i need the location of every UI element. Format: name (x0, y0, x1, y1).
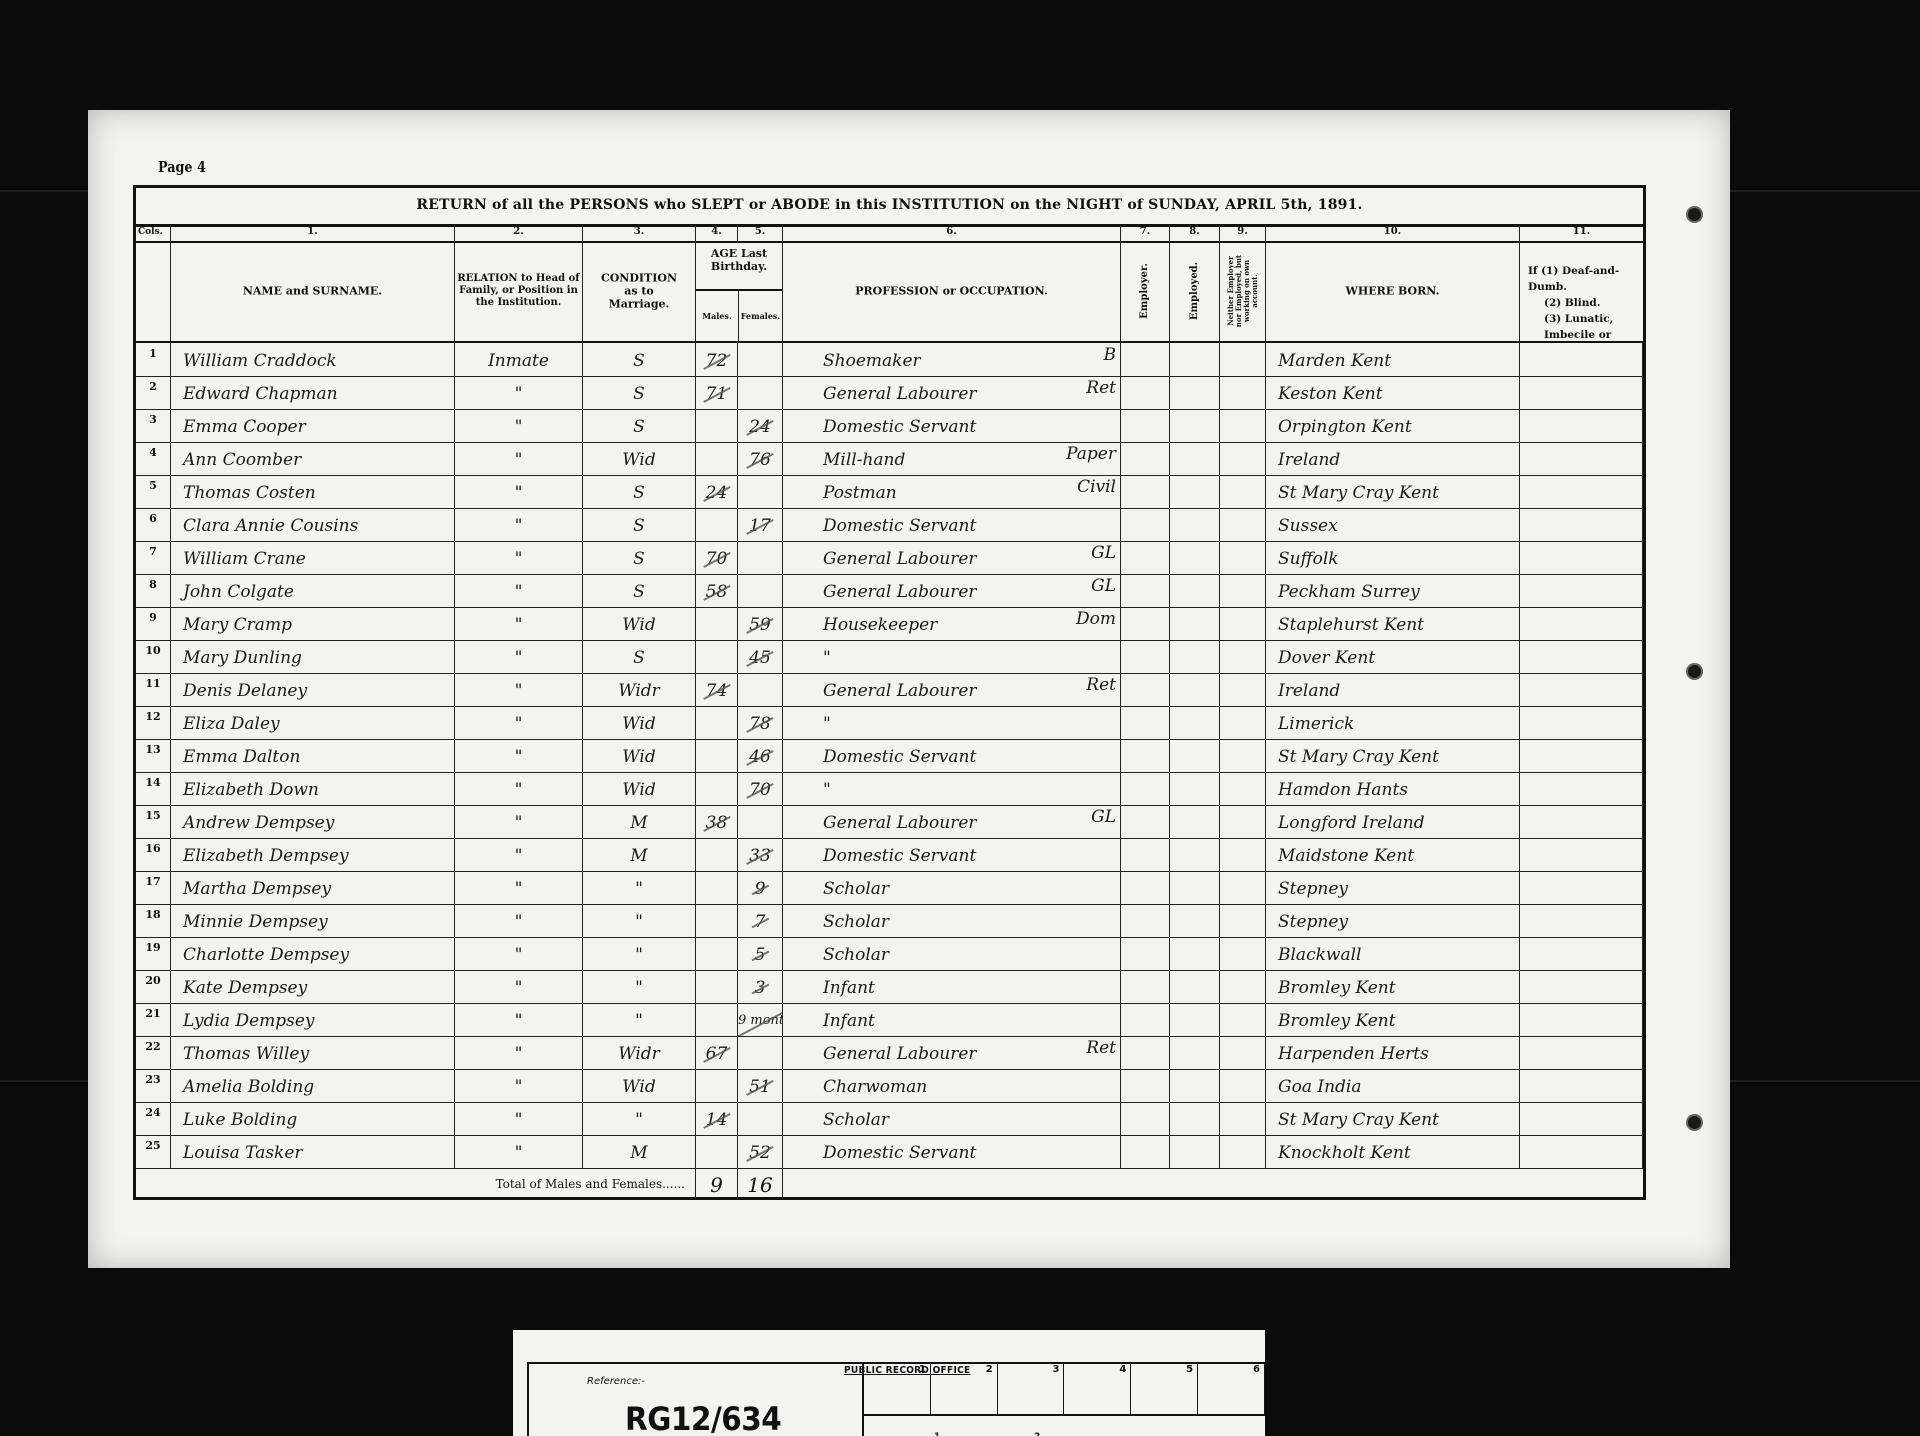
female-age-cell: 9 (738, 871, 783, 904)
row-number: 4 (136, 442, 171, 475)
scale-ruler-lower: 12 (862, 1416, 1265, 1436)
neither-cell (1220, 805, 1266, 838)
neither-cell (1220, 607, 1266, 640)
name-cell: Minnie Dempsey (171, 904, 455, 937)
female-age-cell: 70 (738, 772, 783, 805)
column-number: 8. (1170, 224, 1220, 241)
occupation-note: Paper (1066, 442, 1116, 472)
row-number: 5 (136, 475, 171, 508)
occupation-cell: " (783, 640, 1121, 673)
header-age: AGE Last Birthday. Males. Females. (696, 241, 783, 341)
name-cell: Emma Dalton (171, 739, 455, 772)
relation-cell: Inmate (455, 343, 583, 376)
employer-cell (1121, 376, 1170, 409)
employed-cell (1170, 1069, 1220, 1102)
employer-cell (1121, 805, 1170, 838)
occupation-cell: Scholar (783, 871, 1121, 904)
header-infirmity: If (1) Deaf-and-Dumb. (2) Blind. (3) Lun… (1520, 241, 1643, 341)
where-born-cell: Goa India (1266, 1069, 1520, 1102)
table-row: 11Denis Delaney"Widr74General LabourerRe… (136, 673, 1643, 707)
relation-cell: " (455, 1069, 583, 1102)
column-number: 2. (455, 224, 583, 241)
relation-cell: " (455, 673, 583, 706)
neither-cell (1220, 442, 1266, 475)
header-occupation: PROFESSION or OCCUPATION. (783, 241, 1121, 341)
relation-cell: " (455, 376, 583, 409)
employer-cell (1121, 838, 1170, 871)
row-number: 15 (136, 805, 171, 838)
female-age-cell: 59 (738, 607, 783, 640)
employed-cell (1170, 1102, 1220, 1135)
female-age-cell: 5 (738, 937, 783, 970)
occupation-cell: PostmanCivil (783, 475, 1121, 508)
infirmity-cell (1520, 541, 1643, 574)
employer-cell (1121, 739, 1170, 772)
male-age-cell (696, 508, 738, 541)
row-number: 13 (136, 739, 171, 772)
occupation-cell: General LabourerRet (783, 673, 1121, 706)
where-born-cell: Sussex (1266, 508, 1520, 541)
name-cell: Elizabeth Down (171, 772, 455, 805)
female-age-cell: 9 month (738, 1003, 783, 1036)
row-number: 14 (136, 772, 171, 805)
name-cell: Mary Cramp (171, 607, 455, 640)
row-number: 21 (136, 1003, 171, 1036)
relation-cell: " (455, 772, 583, 805)
employer-cell (1121, 970, 1170, 1003)
name-cell: Clara Annie Cousins (171, 508, 455, 541)
male-age-cell (696, 970, 738, 1003)
condition-cell: Wid (583, 1069, 696, 1102)
female-age-cell: 24 (738, 409, 783, 442)
female-age-cell (738, 343, 783, 376)
table-row: 2Edward Chapman"S71General LabourerRetKe… (136, 376, 1643, 410)
employed-cell (1170, 541, 1220, 574)
punch-hole-icon (1686, 1114, 1703, 1131)
employed-cell (1170, 508, 1220, 541)
column-number: 10. (1266, 224, 1520, 241)
occupation-cell: Domestic Servant (783, 838, 1121, 871)
table-row: 4Ann Coomber"Wid76Mill-handPaperIreland (136, 442, 1643, 476)
ruler-mark: 1 (864, 1364, 931, 1414)
name-cell: Emma Cooper (171, 409, 455, 442)
condition-cell: Widr (583, 673, 696, 706)
male-age-cell: 67 (696, 1036, 738, 1069)
census-table: RETURN of all the PERSONS who SLEPT or A… (133, 185, 1646, 1200)
header-relation: RELATION to Head of Family, or Position … (455, 241, 583, 341)
condition-cell: M (583, 838, 696, 871)
employed-cell (1170, 739, 1220, 772)
row-number: 11 (136, 673, 171, 706)
condition-cell: S (583, 343, 696, 376)
female-age-cell (738, 673, 783, 706)
male-age-cell: 38 (696, 805, 738, 838)
where-born-cell: Ireland (1266, 442, 1520, 475)
row-number: 17 (136, 871, 171, 904)
employed-cell (1170, 475, 1220, 508)
reference-label: Reference:- (587, 1376, 645, 1387)
column-number: 6. (783, 224, 1121, 241)
condition-cell: S (583, 409, 696, 442)
infirmity-cell (1520, 970, 1643, 1003)
header-neither: Neither Employer nor Employed, but worki… (1220, 241, 1266, 341)
relation-cell: " (455, 1036, 583, 1069)
female-age-cell: 51 (738, 1069, 783, 1102)
name-cell: Martha Dempsey (171, 871, 455, 904)
infirmity-cell (1520, 772, 1643, 805)
row-number: 1 (136, 343, 171, 376)
ruler-mark: 2 (931, 1364, 998, 1414)
table-row: 5Thomas Costen"S24PostmanCivilSt Mary Cr… (136, 475, 1643, 509)
occupation-cell: Charwoman (783, 1069, 1121, 1102)
punch-hole-icon (1686, 663, 1703, 680)
occupation-cell: " (783, 706, 1121, 739)
infirmity-cell (1520, 640, 1643, 673)
female-age-cell (738, 475, 783, 508)
ruler-mark: 1 (934, 1432, 940, 1436)
employed-cell (1170, 1036, 1220, 1069)
infirmity-cell (1520, 409, 1643, 442)
relation-cell: " (455, 871, 583, 904)
neither-cell (1220, 871, 1266, 904)
where-born-cell: Blackwall (1266, 937, 1520, 970)
where-born-cell: Orpington Kent (1266, 409, 1520, 442)
employer-cell (1121, 409, 1170, 442)
occupation-cell: ShoemakerB (783, 343, 1121, 376)
name-cell: Mary Dunling (171, 640, 455, 673)
relation-cell: " (455, 442, 583, 475)
column-number: 5. (738, 224, 783, 241)
female-age-cell (738, 574, 783, 607)
infirmity-cell (1520, 673, 1643, 706)
occupation-cell: General LabourerRet (783, 376, 1121, 409)
neither-cell (1220, 409, 1266, 442)
male-age-cell (696, 442, 738, 475)
male-age-cell (696, 739, 738, 772)
where-born-cell: St Mary Cray Kent (1266, 739, 1520, 772)
total-males: 9 (696, 1168, 738, 1200)
table-row: 23Amelia Bolding"Wid51CharwomanGoa India (136, 1069, 1643, 1103)
neither-cell (1220, 739, 1266, 772)
female-age-cell (738, 1036, 783, 1069)
table-title: RETURN of all the PERSONS who SLEPT or A… (136, 188, 1643, 227)
neither-cell (1220, 343, 1266, 376)
row-number: 12 (136, 706, 171, 739)
infirmity-cell (1520, 442, 1643, 475)
column-number: 4. (696, 224, 738, 241)
employed-cell (1170, 805, 1220, 838)
employer-cell (1121, 673, 1170, 706)
employer-cell (1121, 1102, 1170, 1135)
employed-cell (1170, 673, 1220, 706)
employed-cell (1170, 343, 1220, 376)
where-born-cell: Keston Kent (1266, 376, 1520, 409)
occupation-cell: General LabourerGL (783, 805, 1121, 838)
relation-cell: " (455, 508, 583, 541)
employer-cell (1121, 343, 1170, 376)
where-born-cell: Staplehurst Kent (1266, 607, 1520, 640)
table-row: 8John Colgate"S58General LabourerGLPeckh… (136, 574, 1643, 608)
relation-cell: " (455, 1135, 583, 1168)
where-born-cell: Peckham Surrey (1266, 574, 1520, 607)
neither-cell (1220, 1135, 1266, 1168)
female-age-cell: 78 (738, 706, 783, 739)
occupation-note: Ret (1086, 376, 1116, 406)
where-born-cell: Ireland (1266, 673, 1520, 706)
row-number: 19 (136, 937, 171, 970)
where-born-cell: Hamdon Hants (1266, 772, 1520, 805)
relation-cell: " (455, 475, 583, 508)
female-age-cell (738, 541, 783, 574)
name-cell: Ann Coomber (171, 442, 455, 475)
occupation-note: Dom (1076, 607, 1116, 637)
scale-ruler: 123456 (862, 1364, 1265, 1416)
name-cell: Thomas Willey (171, 1036, 455, 1069)
relation-cell: " (455, 607, 583, 640)
where-born-cell: St Mary Cray Kent (1266, 1102, 1520, 1135)
condition-cell: S (583, 508, 696, 541)
employer-cell (1121, 541, 1170, 574)
neither-cell (1220, 475, 1266, 508)
male-age-cell: 14 (696, 1102, 738, 1135)
male-age-cell: 70 (696, 541, 738, 574)
occupation-cell: HousekeeperDom (783, 607, 1121, 640)
male-age-cell (696, 1069, 738, 1102)
column-number: 11. (1520, 224, 1643, 241)
condition-cell: Wid (583, 706, 696, 739)
male-age-cell (696, 871, 738, 904)
name-cell: Luke Bolding (171, 1102, 455, 1135)
neither-cell (1220, 1003, 1266, 1036)
row-number: 3 (136, 409, 171, 442)
ruler-mark: 2 (1034, 1432, 1040, 1436)
relation-cell: " (455, 640, 583, 673)
condition-cell: " (583, 871, 696, 904)
relation-cell: " (455, 409, 583, 442)
row-number: 20 (136, 970, 171, 1003)
condition-cell: M (583, 805, 696, 838)
employer-cell (1121, 640, 1170, 673)
column-number: 3. (583, 224, 696, 241)
row-number: 8 (136, 574, 171, 607)
column-number: 7. (1121, 224, 1170, 241)
name-cell: Lydia Dempsey (171, 1003, 455, 1036)
infirmity-cell (1520, 574, 1643, 607)
male-age-cell (696, 409, 738, 442)
row-number: 23 (136, 1069, 171, 1102)
where-born-cell: Bromley Kent (1266, 970, 1520, 1003)
condition-cell: S (583, 640, 696, 673)
where-born-cell: Knockholt Kent (1266, 1135, 1520, 1168)
male-age-cell (696, 772, 738, 805)
employer-cell (1121, 607, 1170, 640)
female-age-cell: 3 (738, 970, 783, 1003)
employer-cell (1121, 706, 1170, 739)
totals-label: Total of Males and Females...... (496, 1168, 685, 1200)
employed-cell (1170, 970, 1220, 1003)
table-row: 7William Crane"S70General LabourerGLSuff… (136, 541, 1643, 575)
condition-cell: Wid (583, 739, 696, 772)
header-where-born: WHERE BORN. (1266, 241, 1520, 341)
name-cell: Thomas Costen (171, 475, 455, 508)
infirmity-cell (1520, 871, 1643, 904)
relation-cell: " (455, 1102, 583, 1135)
female-age-cell: 52 (738, 1135, 783, 1168)
female-age-cell: 76 (738, 442, 783, 475)
neither-cell (1220, 772, 1266, 805)
neither-cell (1220, 970, 1266, 1003)
employed-cell (1170, 640, 1220, 673)
occupation-cell: Infant (783, 970, 1121, 1003)
occupation-cell: Infant (783, 1003, 1121, 1036)
column-number: 9. (1220, 224, 1266, 241)
row-number: 9 (136, 607, 171, 640)
neither-cell (1220, 706, 1266, 739)
occupation-note: GL (1091, 541, 1116, 571)
condition-cell: " (583, 970, 696, 1003)
where-born-cell: Suffolk (1266, 541, 1520, 574)
name-cell: Louisa Tasker (171, 1135, 455, 1168)
table-row: 1William CraddockInmateS72ShoemakerBMard… (136, 343, 1643, 377)
employed-cell (1170, 871, 1220, 904)
male-age-cell: 58 (696, 574, 738, 607)
employer-cell (1121, 1069, 1170, 1102)
where-born-cell: Marden Kent (1266, 343, 1520, 376)
occupation-cell: General LabourerGL (783, 541, 1121, 574)
name-cell: William Crane (171, 541, 455, 574)
relation-cell: " (455, 541, 583, 574)
condition-cell: S (583, 541, 696, 574)
male-age-cell (696, 904, 738, 937)
relation-cell: " (455, 937, 583, 970)
male-age-cell (696, 937, 738, 970)
where-born-cell: Stepney (1266, 871, 1520, 904)
occupation-note: GL (1091, 805, 1116, 835)
male-age-cell: 72 (696, 343, 738, 376)
employed-cell (1170, 838, 1220, 871)
census-page: Page 4 RETURN of all the PERSONS who SLE… (88, 110, 1730, 1268)
female-age-cell (738, 1102, 783, 1135)
table-row: 17Martha Dempsey""9ScholarStepney (136, 871, 1643, 905)
female-age-cell: 46 (738, 739, 783, 772)
occupation-cell: General LabourerGL (783, 574, 1121, 607)
employer-cell (1121, 1135, 1170, 1168)
header-condition: CONDITION as to Marriage. (583, 241, 696, 341)
occupation-cell: Domestic Servant (783, 409, 1121, 442)
neither-cell (1220, 673, 1266, 706)
name-cell: William Craddock (171, 343, 455, 376)
total-females: 16 (738, 1168, 783, 1200)
row-number: 6 (136, 508, 171, 541)
employed-cell (1170, 409, 1220, 442)
name-cell: Elizabeth Dempsey (171, 838, 455, 871)
employed-cell (1170, 1003, 1220, 1036)
totals-row: Total of Males and Females...... 9 16 (136, 1168, 1643, 1200)
header-males: Males. (696, 291, 739, 341)
condition-cell: S (583, 475, 696, 508)
neither-cell (1220, 1102, 1266, 1135)
male-age-cell (696, 607, 738, 640)
condition-cell: Wid (583, 607, 696, 640)
name-cell: Eliza Daley (171, 706, 455, 739)
reference-code: RG12/634 (625, 1400, 781, 1436)
where-born-cell: Limerick (1266, 706, 1520, 739)
employed-cell (1170, 1135, 1220, 1168)
male-age-cell (696, 640, 738, 673)
row-number: 18 (136, 904, 171, 937)
header-females: Females. (739, 291, 782, 341)
neither-cell (1220, 904, 1266, 937)
name-cell: Charlotte Dempsey (171, 937, 455, 970)
neither-cell (1220, 574, 1266, 607)
employer-cell (1121, 1003, 1170, 1036)
condition-cell: " (583, 937, 696, 970)
row-number: 2 (136, 376, 171, 409)
occupation-cell: " (783, 772, 1121, 805)
infirmity-cell (1520, 343, 1643, 376)
ruler-mark: 6 (1198, 1364, 1265, 1414)
employed-cell (1170, 772, 1220, 805)
male-age-cell (696, 1135, 738, 1168)
name-cell: Denis Delaney (171, 673, 455, 706)
relation-cell: " (455, 838, 583, 871)
column-number: 1. (171, 224, 455, 241)
employer-cell (1121, 442, 1170, 475)
name-cell: Amelia Bolding (171, 1069, 455, 1102)
occupation-note: Ret (1086, 1036, 1116, 1066)
header-cols (136, 241, 171, 341)
where-born-cell: Maidstone Kent (1266, 838, 1520, 871)
female-age-cell (738, 805, 783, 838)
where-born-cell: St Mary Cray Kent (1266, 475, 1520, 508)
infirmity-cell (1520, 904, 1643, 937)
occupation-cell: Domestic Servant (783, 1135, 1121, 1168)
punch-hole-icon (1686, 206, 1703, 223)
ruler-mark: 3 (998, 1364, 1065, 1414)
male-age-cell: 74 (696, 673, 738, 706)
page-label: Page 4 (158, 158, 206, 176)
infirmity-cell (1520, 1003, 1643, 1036)
where-born-cell: Longford Ireland (1266, 805, 1520, 838)
infirmity-cell (1520, 838, 1643, 871)
male-age-cell (696, 706, 738, 739)
condition-cell: Widr (583, 1036, 696, 1069)
infirmity-cell (1520, 1069, 1643, 1102)
name-cell: John Colgate (171, 574, 455, 607)
condition-cell: " (583, 904, 696, 937)
occupation-cell: Domestic Servant (783, 508, 1121, 541)
occupation-cell: Scholar (783, 937, 1121, 970)
occupation-cell: Mill-handPaper (783, 442, 1121, 475)
condition-cell: M (583, 1135, 696, 1168)
table-row: 25Louisa Tasker"M52Domestic ServantKnock… (136, 1135, 1643, 1169)
infirmity-cell (1520, 739, 1643, 772)
header-employer: Employer. (1121, 241, 1170, 341)
condition-cell: S (583, 376, 696, 409)
row-number: 10 (136, 640, 171, 673)
occupation-note: GL (1091, 574, 1116, 604)
relation-cell: " (455, 706, 583, 739)
infirmity-cell (1520, 508, 1643, 541)
table-row: 22Thomas Willey"Widr67General LabourerRe… (136, 1036, 1643, 1070)
neither-cell (1220, 937, 1266, 970)
employer-cell (1121, 937, 1170, 970)
name-cell: Edward Chapman (171, 376, 455, 409)
employed-cell (1170, 376, 1220, 409)
ruler-mark: 5 (1131, 1364, 1198, 1414)
occupation-note: Ret (1086, 673, 1116, 703)
header-row: NAME and SURNAME. RELATION to Head of Fa… (136, 241, 1643, 343)
